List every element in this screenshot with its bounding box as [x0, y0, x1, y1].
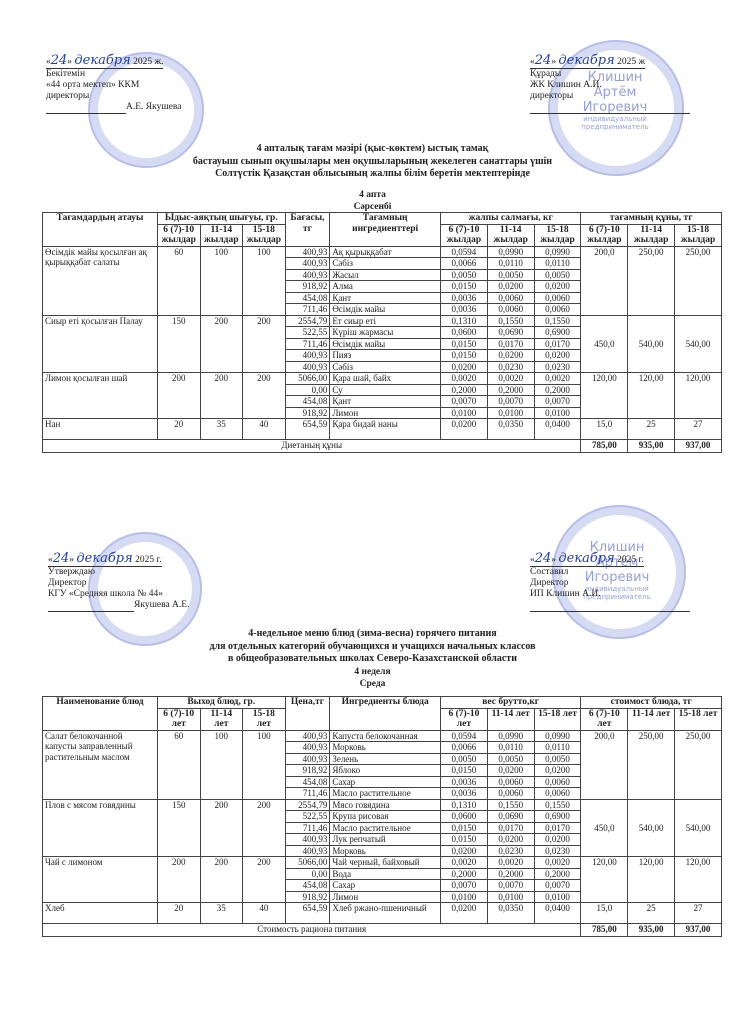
col-ingredients: Ингредиенты блюда [330, 697, 441, 731]
age-group-header: 15-18 лет [243, 708, 286, 730]
ingredient-weight: 0,1550 [534, 799, 581, 811]
ingredient-weight: 0,1550 [487, 315, 534, 327]
approval-date: «24» декабря 2025 г. [48, 553, 162, 567]
ingredient-name: Масло растительное [330, 788, 441, 800]
approval-block-left-ru: «24» декабря 2025 г. Утверждаю Директор … [48, 553, 238, 612]
ingredient-weight: 0,0170 [534, 338, 581, 350]
ingredient-price: 454,08 [285, 396, 330, 408]
ingredient-name: Жасыл [330, 269, 441, 281]
ingredient-weight: 0,0100 [487, 891, 534, 903]
col-dish: Наименование блюд [43, 697, 158, 731]
age-group-header: 11-14 лет [628, 708, 675, 730]
ingredient-weight: 0,0060 [487, 304, 534, 316]
ingredient-weight: 0,0060 [487, 776, 534, 788]
signature-line [48, 600, 134, 612]
ingredient-weight: 0,0070 [487, 396, 534, 408]
ingredient-price: 711,46 [285, 304, 330, 316]
ingredient-name: Лимон [330, 407, 441, 419]
age-group-header: 15-18 лет [675, 708, 722, 730]
dish-yield: 150 [157, 315, 200, 373]
dish-yield: 200 [200, 799, 243, 857]
ingredient-price: 400,93 [285, 730, 330, 742]
dish-cost: 25 [628, 419, 675, 440]
ingredient-price: 711,46 [285, 788, 330, 800]
dish-name: Хлеб [43, 903, 158, 924]
ingredient-weight: 0,0070 [440, 880, 487, 892]
ingredient-weight: 0,2000 [487, 868, 534, 880]
age-group-header: 11-14 жылдар [628, 224, 675, 246]
date-year: 2025 ж. [133, 57, 163, 67]
ingredient-price: 400,93 [285, 269, 330, 281]
dish-yield: 200 [243, 315, 286, 373]
ingredient-weight: 0,0050 [440, 753, 487, 765]
ingredient-weight: 0,0230 [534, 845, 581, 857]
age-group-header: 6 (7)-10 жылдар [581, 224, 628, 246]
ingredient-weight: 0,0230 [487, 361, 534, 373]
ingredient-price: 918,92 [285, 407, 330, 419]
date-day: 24 [51, 53, 68, 68]
ingredient-weight: 0,0200 [534, 281, 581, 293]
ingredient-weight: 0,0350 [487, 419, 534, 440]
dish-name: Плов с мясом говядины [43, 799, 158, 857]
col-yield: Выход блюд, гр. [157, 697, 285, 709]
day-label: Среда [0, 678, 745, 691]
ingredient-weight: 0,0060 [487, 292, 534, 304]
dish-cost: 200,0 [581, 730, 628, 799]
ingredient-weight: 0,0400 [534, 903, 581, 924]
ingredient-weight: 0,0100 [534, 407, 581, 419]
table-row: Лимон қосылған шай2002002005066,00Қара ш… [43, 373, 722, 385]
approval-line: директоры [46, 91, 226, 102]
ingredient-weight: 0,0594 [440, 246, 487, 258]
menu-table-ru: Наименование блюдВыход блюд, гр.Цена,тгИ… [42, 696, 722, 937]
ingredient-weight: 0,1550 [487, 799, 534, 811]
dish-yield: 40 [243, 903, 286, 924]
ingredient-price: 400,93 [285, 361, 330, 373]
ingredient-weight: 0,0200 [534, 834, 581, 846]
dish-cost: 450,0 [581, 799, 628, 857]
ingredient-price: 400,93 [285, 845, 330, 857]
ingredient-weight: 0,0100 [440, 891, 487, 903]
col-cost: стоимост блюда, тг [581, 697, 722, 709]
age-group-header: 11-14 лет [200, 708, 243, 730]
approval-line: Құрады [530, 69, 700, 80]
approval-line: Утверждаю [48, 567, 238, 578]
ingredient-weight: 0,0170 [487, 822, 534, 834]
dish-name: Сиыр еті қосылған Палау [43, 315, 158, 373]
title-line: Солтүстік Қазақстан облысының жалпы білі… [0, 168, 745, 181]
approval-line: Директор [48, 578, 238, 589]
dish-cost: 450,0 [581, 315, 628, 373]
document-title-ru: 4-недельное меню блюд (зима-весна) горяч… [0, 628, 745, 691]
ingredient-weight: 0,0350 [487, 903, 534, 924]
ingredient-weight: 0,0200 [487, 281, 534, 293]
approval-line: КГУ «Средняя школа № 44» [48, 589, 238, 600]
ingredient-weight: 0,0020 [440, 857, 487, 869]
ingredient-name: Ақ қырыққабат [330, 246, 441, 258]
ingredient-price: 2554,79 [285, 315, 330, 327]
signature-line [530, 102, 690, 114]
ingredient-name: Сәбіз [330, 361, 441, 373]
date-month: декабря [558, 53, 614, 68]
ingredient-weight: 0,0150 [440, 834, 487, 846]
week-label: 4 неделя [0, 666, 745, 679]
ingredient-name: Пияз [330, 350, 441, 362]
ingredient-weight: 0,0400 [534, 419, 581, 440]
ingredient-price: 654,59 [285, 903, 330, 924]
ingredient-name: Морковь [330, 742, 441, 754]
dish-yield: 100 [243, 246, 286, 315]
ingredient-weight: 0,0170 [487, 338, 534, 350]
dish-cost: 120,00 [628, 373, 675, 419]
date-month: декабря [558, 551, 614, 566]
dish-cost: 540,00 [628, 315, 675, 373]
ingredient-weight: 0,0060 [534, 788, 581, 800]
col-weight: вес брутто,кг [440, 697, 580, 709]
approval-block-right-ru: «24» декабря 2025 г. Составил Директор И… [530, 553, 700, 612]
date-year: 2025 г. [617, 555, 644, 565]
age-group-header: 15-18 жылдар [534, 224, 581, 246]
ingredient-weight: 0,2000 [487, 384, 534, 396]
ingredient-name: Хлеб ржано-пшеничный [330, 903, 441, 924]
ingredient-name: Сахар [330, 880, 441, 892]
table-row: Хлеб203540654,59Хлеб ржано-пшеничный0,02… [43, 903, 722, 924]
approval-line: ИП Клишин А.И. [530, 589, 700, 600]
dish-yield: 60 [157, 246, 200, 315]
approval-line: Составил [530, 567, 700, 578]
dish-yield: 200 [157, 373, 200, 419]
title-line: бастауыш сынып оқушылары мен оқушыларыны… [0, 156, 745, 169]
ingredient-name: Лук репчатый [330, 834, 441, 846]
ingredient-weight: 0,0050 [534, 269, 581, 281]
ingredient-weight: 0,2000 [440, 384, 487, 396]
dish-yield: 40 [243, 419, 286, 440]
dish-name: Чай с лимоном [43, 857, 158, 903]
ingredient-name: Вода [330, 868, 441, 880]
approval-line: Директор [530, 578, 700, 589]
age-group-header: 6 (7)-10 лет [157, 708, 200, 730]
ingredient-weight: 0,0150 [440, 281, 487, 293]
ingredient-weight: 0,0070 [534, 880, 581, 892]
col-ingredients: Тағамның ингредиенттері [330, 213, 441, 247]
dish-yield: 200 [243, 857, 286, 903]
ingredient-name: Лимон [330, 891, 441, 903]
ingredient-price: 2554,79 [285, 799, 330, 811]
date-month: декабря [74, 53, 130, 68]
ingredient-weight: 0,2000 [534, 384, 581, 396]
dish-cost: 250,00 [628, 730, 675, 799]
dish-cost: 15,0 [581, 903, 628, 924]
approval-line: директоры [530, 91, 700, 102]
total-cost: 935,00 [628, 924, 675, 937]
ingredient-weight: 0,0150 [440, 338, 487, 350]
ingredient-weight: 0,0060 [534, 776, 581, 788]
ingredient-weight: 0,0020 [487, 857, 534, 869]
dish-yield: 35 [200, 419, 243, 440]
ingredient-weight: 0,0060 [487, 788, 534, 800]
dish-name: Лимон қосылған шай [43, 373, 158, 419]
dish-yield: 60 [157, 730, 200, 799]
dish-cost: 250,00 [628, 246, 675, 315]
dish-cost: 120,00 [675, 373, 722, 419]
ingredient-weight: 0,0200 [440, 845, 487, 857]
ingredient-weight: 0,0100 [440, 407, 487, 419]
date-year: 2025 ж [617, 57, 645, 67]
ingredient-weight: 0,1310 [440, 315, 487, 327]
ingredient-weight: 0,0036 [440, 304, 487, 316]
title-line: 4-недельное меню блюд (зима-весна) горяч… [0, 628, 745, 641]
ingredient-weight: 0,0150 [440, 350, 487, 362]
total-row: Диетаның құны785,00935,00937,00 [43, 440, 722, 453]
ingredient-price: 400,93 [285, 246, 330, 258]
dish-cost: 250,00 [675, 730, 722, 799]
ingredient-price: 654,59 [285, 419, 330, 440]
total-label: Стоимость рациона питания [43, 924, 581, 937]
col-yield: Ыдыс-аяқтың шығуы, гр. [157, 213, 285, 225]
ingredient-weight: 0,0150 [440, 822, 487, 834]
ingredient-weight: 0,0070 [487, 880, 534, 892]
dish-yield: 100 [200, 246, 243, 315]
approval-line: «44 орта мектеп» ККМ [46, 80, 226, 91]
ingredient-weight: 0,0150 [440, 765, 487, 777]
age-group-header: 15-18 жылдар [243, 224, 286, 246]
age-group-header: 15-18 жылдар [675, 224, 722, 246]
col-price: Бағасы, тг [285, 213, 330, 247]
ingredient-price: 522,55 [285, 811, 330, 823]
table-row: Чай с лимоном2002002005066,00Чай черный,… [43, 857, 722, 869]
seal-line: индивидуальный предприниматель [560, 115, 670, 131]
dish-cost: 120,00 [628, 857, 675, 903]
col-dish: Тағамдардың атауы [43, 213, 158, 247]
signer-name: Якушева А.Е. [134, 600, 189, 610]
ingredient-price: 5066,00 [285, 373, 330, 385]
approval-date: «24» декабря 2025 ж. [46, 55, 163, 69]
ingredient-price: 5066,00 [285, 857, 330, 869]
ingredient-name: Мясо говядина [330, 799, 441, 811]
menu-table-kz: Тағамдардың атауыЫдыс-аяқтың шығуы, гр.Б… [42, 212, 722, 453]
ingredient-name: Қара бидай наны [330, 419, 441, 440]
ingredient-weight: 0,6900 [534, 327, 581, 339]
signature-line [46, 102, 126, 114]
age-group-header: 6 (7)-10 лет [581, 708, 628, 730]
ingredient-weight: 0,0200 [487, 765, 534, 777]
ingredient-price: 454,08 [285, 292, 330, 304]
ingredient-price: 400,93 [285, 753, 330, 765]
ingredient-weight: 0,0690 [487, 811, 534, 823]
ingredient-weight: 0,0200 [487, 350, 534, 362]
table-row: Плов с мясом говядины1502002002554,79Мяс… [43, 799, 722, 811]
approval-block-right-kz: «24» декабря 2025 ж Құрады ЖК Клишин А.И… [530, 55, 700, 114]
dish-yield: 150 [157, 799, 200, 857]
ingredient-weight: 0,0990 [534, 246, 581, 258]
age-group-header: 11-14 жылдар [487, 224, 534, 246]
ingredient-weight: 0,0690 [487, 327, 534, 339]
ingredient-weight: 0,0110 [534, 742, 581, 754]
ingredient-price: 711,46 [285, 822, 330, 834]
ingredient-price: 400,93 [285, 742, 330, 754]
total-label: Диетаның құны [43, 440, 581, 453]
dish-cost: 120,00 [581, 373, 628, 419]
dish-cost: 27 [675, 903, 722, 924]
date-day: 24 [53, 551, 70, 566]
ingredient-price: 522,55 [285, 327, 330, 339]
ingredient-name: Морковь [330, 845, 441, 857]
ingredient-weight: 0,0020 [440, 373, 487, 385]
ingredient-price: 400,93 [285, 258, 330, 270]
col-cost: тағамның құны, тг [581, 213, 722, 225]
ingredient-name: Алма [330, 281, 441, 293]
col-price: Цена,тг [285, 697, 330, 731]
ingredient-weight: 0,0600 [440, 327, 487, 339]
age-group-header: 11-14 жылдар [200, 224, 243, 246]
ingredient-weight: 0,6900 [534, 811, 581, 823]
approval-line: Бекітемін [46, 69, 226, 80]
ingredient-weight: 0,0066 [440, 258, 487, 270]
age-group-header: 6 (7)-10 лет [440, 708, 487, 730]
ingredient-weight: 0,0990 [487, 246, 534, 258]
dish-yield: 20 [157, 419, 200, 440]
ingredient-weight: 0,0070 [534, 396, 581, 408]
ingredient-price: 918,92 [285, 891, 330, 903]
ingredient-weight: 0,0230 [534, 361, 581, 373]
dish-yield: 100 [243, 730, 286, 799]
age-group-header: 11-14 лет [487, 708, 534, 730]
total-cost: 785,00 [581, 440, 628, 453]
approval-date: «24» декабря 2025 г. [530, 553, 644, 567]
ingredient-name: Өсімдік майы [330, 304, 441, 316]
title-line: в общеобразовательных школах Северо-Каза… [0, 653, 745, 666]
ingredient-weight: 0,2000 [534, 868, 581, 880]
ingredient-weight: 0,1310 [440, 799, 487, 811]
ingredient-price: 0,00 [285, 384, 330, 396]
ingredient-name: Күріш жармасы [330, 327, 441, 339]
ingredient-name: Зелень [330, 753, 441, 765]
header-row: Тағамдардың атауыЫдыс-аяқтың шығуы, гр.Б… [43, 213, 722, 225]
ingredient-weight: 0,0200 [487, 834, 534, 846]
dish-name: Нан [43, 419, 158, 440]
age-group-header: 6 (7)-10 жылдар [440, 224, 487, 246]
ingredient-weight: 0,1550 [534, 315, 581, 327]
date-month: декабря [76, 551, 132, 566]
ingredient-name: Сәбіз [330, 258, 441, 270]
ingredient-price: 454,08 [285, 880, 330, 892]
signature-line [530, 600, 690, 612]
total-row: Стоимость рациона питания785,00935,00937… [43, 924, 722, 937]
ingredient-weight: 0,0066 [440, 742, 487, 754]
ingredient-weight: 0,0200 [534, 350, 581, 362]
age-group-header: 15-18 лет [534, 708, 581, 730]
ingredient-weight: 0,0200 [440, 361, 487, 373]
dish-yield: 200 [200, 857, 243, 903]
dish-yield: 100 [200, 730, 243, 799]
ingredient-price: 454,08 [285, 776, 330, 788]
dish-cost: 540,00 [628, 799, 675, 857]
header-row: Наименование блюдВыход блюд, гр.Цена,тгИ… [43, 697, 722, 709]
ingredient-weight: 0,0020 [534, 857, 581, 869]
ingredient-weight: 0,0020 [487, 373, 534, 385]
approval-line: ЖК Клишин А.И. [530, 80, 700, 91]
ingredient-price: 711,46 [285, 338, 330, 350]
signer-name: А.Е. Якушева [126, 102, 181, 112]
dish-cost: 25 [628, 903, 675, 924]
ingredient-weight: 0,0110 [487, 742, 534, 754]
ingredient-weight: 0,0036 [440, 788, 487, 800]
ingredient-weight: 0,0200 [440, 419, 487, 440]
dish-name: Өсімдік майы қосылған ақ қырыққабат сала… [43, 246, 158, 315]
ingredient-weight: 0,0170 [534, 822, 581, 834]
ingredient-name: Өсімдік майы [330, 338, 441, 350]
ingredient-price: 918,92 [285, 765, 330, 777]
total-cost: 785,00 [581, 924, 628, 937]
ingredient-weight: 0,0036 [440, 292, 487, 304]
dish-yield: 200 [200, 373, 243, 419]
table-row: Нан203540654,59Қара бидай наны0,02000,03… [43, 419, 722, 440]
ingredient-weight: 0,0200 [534, 765, 581, 777]
dish-yield: 200 [200, 315, 243, 373]
ingredient-weight: 0,0990 [534, 730, 581, 742]
ingredient-price: 918,92 [285, 281, 330, 293]
ingredient-weight: 0,0020 [534, 373, 581, 385]
ingredient-name: Яблоко [330, 765, 441, 777]
ingredient-name: Қант [330, 396, 441, 408]
total-cost: 937,00 [675, 440, 722, 453]
ingredient-name: Чай черный, байховый [330, 857, 441, 869]
dish-cost: 250,00 [675, 246, 722, 315]
ingredient-name: Сахар [330, 776, 441, 788]
dish-yield: 35 [200, 903, 243, 924]
ingredient-weight: 0,0200 [440, 903, 487, 924]
dish-name: Салат белокочанной капусты заправленный … [43, 730, 158, 799]
ingredient-name: Қант [330, 292, 441, 304]
dish-cost: 540,00 [675, 315, 722, 373]
ingredient-name: Капуста белокочанная [330, 730, 441, 742]
ingredient-name: Су [330, 384, 441, 396]
ingredient-weight: 0,0050 [440, 269, 487, 281]
ingredient-weight: 0,0110 [487, 258, 534, 270]
ingredient-weight: 0,0100 [487, 407, 534, 419]
col-weight: жалпы салмағы, кг [440, 213, 580, 225]
ingredient-weight: 0,0036 [440, 776, 487, 788]
ingredient-name: Крупа рисовая [330, 811, 441, 823]
week-label: 4 апта [0, 189, 745, 202]
title-line: 4 апталық тағам мәзірі (қыс-көктем) ысты… [0, 143, 745, 156]
date-day: 24 [535, 551, 552, 566]
dish-cost: 27 [675, 419, 722, 440]
age-group-header: 6 (7)-10 жылдар [157, 224, 200, 246]
total-cost: 935,00 [628, 440, 675, 453]
dish-cost: 200,0 [581, 246, 628, 315]
table-row: Салат белокочанной капусты заправленный … [43, 730, 722, 742]
document-title-kz: 4 апталық тағам мәзірі (қыс-көктем) ысты… [0, 143, 745, 214]
ingredient-price: 400,93 [285, 350, 330, 362]
date-day: 24 [535, 53, 552, 68]
ingredient-weight: 0,0230 [487, 845, 534, 857]
dish-cost: 540,00 [675, 799, 722, 857]
ingredient-weight: 0,0050 [487, 753, 534, 765]
ingredient-weight: 0,0050 [534, 753, 581, 765]
ingredient-name: Қара шай, байх [330, 373, 441, 385]
dish-yield: 200 [243, 373, 286, 419]
ingredient-weight: 0,0100 [534, 891, 581, 903]
table-row: Сиыр еті қосылған Палау1502002002554,79Е… [43, 315, 722, 327]
ingredient-price: 0,00 [285, 868, 330, 880]
dish-yield: 200 [157, 857, 200, 903]
ingredient-weight: 0,0990 [487, 730, 534, 742]
dish-yield: 20 [157, 903, 200, 924]
title-line: для отдельных категорий обучающихся и уч… [0, 641, 745, 654]
ingredient-weight: 0,2000 [440, 868, 487, 880]
ingredient-weight: 0,0070 [440, 396, 487, 408]
